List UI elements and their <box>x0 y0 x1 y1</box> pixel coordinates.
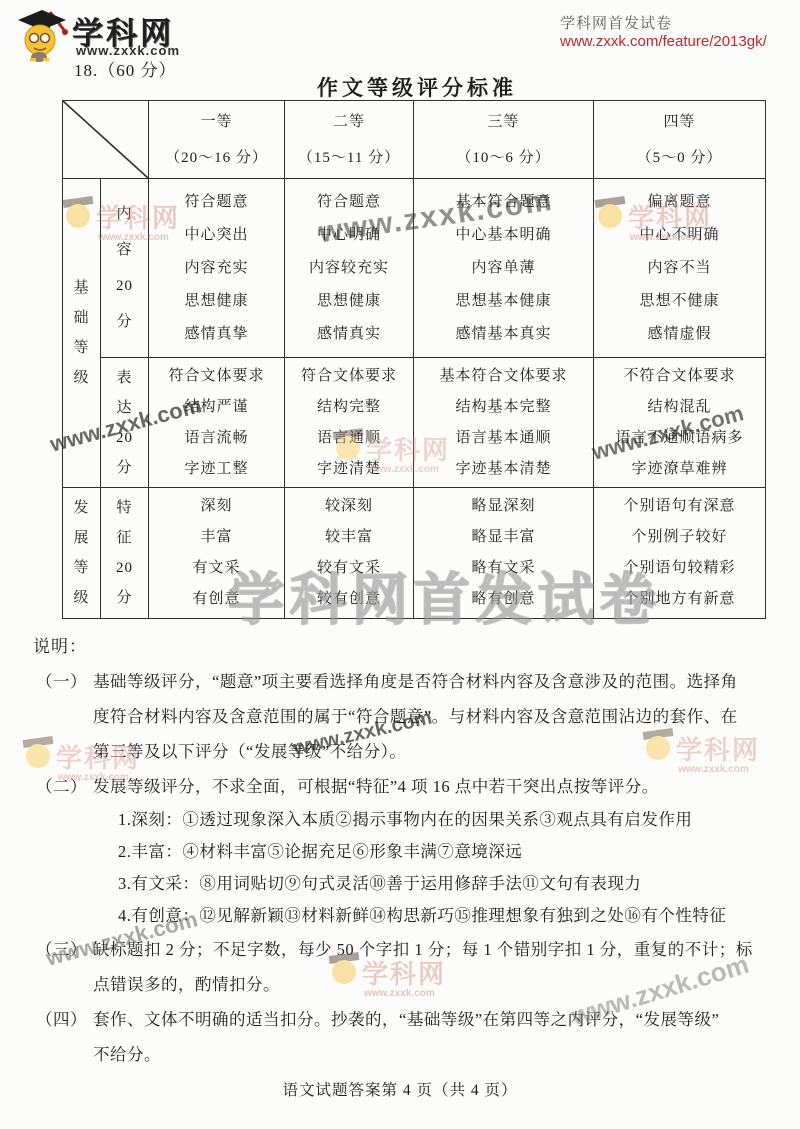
note-line: 套作、文体不明确的适当扣分。抄袭的，“基础等级”在第四等之内评分，“发展等级” <box>93 1002 772 1037</box>
row-group-development-level: 发 展 等 级 <box>63 488 101 619</box>
row-label-feature: 特 征 20 分 <box>101 488 149 619</box>
grading-rubric-table: 一等 （20～16 分） 二等 （15～11 分） 三等 （10～6 分） 四等… <box>62 100 766 619</box>
note-subitems: 1.深刻：①透过现象深入本质②揭示事物内在的因果关系③观点具有启发作用 2.丰富… <box>93 804 772 932</box>
page-title: 作文等级评分标准 <box>0 72 800 102</box>
cell-content-grade3: 基本符合题意 中心基本明确 内容单薄 思想基本健康 感情基本真实 <box>414 179 594 358</box>
cell-expression-grade3: 基本符合文体要求 结构基本完整 语言基本通顺 字迹基本清楚 <box>414 358 594 488</box>
row-group-basic-level: 基 础 等 级 <box>63 179 101 488</box>
note-subitem-creative: 4.有创意：⑫见解新颖⑬材料新鲜⑭构思新巧⑮推理想象有独到之处⑯有个性特征 <box>118 900 772 932</box>
notes-heading: 说明： <box>33 630 800 664</box>
note-line: 发展等级评分，不求全面，可根据“特征”4 项 16 点中若干突出点按等评分。 <box>93 769 772 804</box>
column-header-grade2: 二等 （15～11 分） <box>285 101 414 179</box>
mascot-logo-icon <box>12 4 74 62</box>
note-marker: （二） <box>36 769 87 804</box>
cell-feature-grade4: 个别语句有深意 个别例子较好 个别语句较精彩 个别地方有新意 <box>594 488 766 619</box>
note-line: 基础等级评分，“题意”项主要看选择角度是否符合材料内容及含意涉及的范围。选择角 <box>93 664 772 699</box>
note-line: 度符合材料内容及含意范围的属于“符合题意”。与材料内容及含意范围沾边的套作、在 <box>93 699 772 734</box>
note-marker: （四） <box>36 1002 87 1037</box>
note-item-1: （一） 基础等级评分，“题意”项主要看选择角度是否符合材料内容及含意涉及的范围。… <box>0 664 800 769</box>
note-item-3: （三） 缺标题扣 2 分；不足字数，每少 50 个字扣 1 分；每 1 个错别字… <box>0 932 800 1002</box>
cell-expression-grade1: 符合文体要求 结构严谨 语言流畅 字迹工整 <box>149 358 285 488</box>
note-marker: （一） <box>36 664 87 699</box>
row-label-content: 内 容 20 分 <box>101 179 149 358</box>
note-subitem-deep: 1.深刻：①透过现象深入本质②揭示事物内在的因果关系③观点具有启发作用 <box>118 804 772 836</box>
header-source-label: 学科网首发试卷 <box>560 12 672 33</box>
note-line: 不给分。 <box>93 1037 772 1072</box>
cell-feature-grade3: 略显深刻 略显丰富 略有文采 略有创意 <box>414 488 594 619</box>
cell-expression-grade2: 符合文体要求 结构完整 语言通顺 字迹清楚 <box>285 358 414 488</box>
note-subitem-rich: 2.丰富：④材料丰富⑤论据充足⑥形象丰满⑦意境深远 <box>118 836 772 868</box>
cell-expression-grade4: 不符合文体要求 结构混乱 语言不通顺语病多 字迹潦草难辨 <box>594 358 766 488</box>
note-item-2: （二） 发展等级评分，不求全面，可根据“特征”4 项 16 点中若干突出点按等评… <box>0 769 800 932</box>
cell-content-grade1: 符合题意 中心突出 内容充实 思想健康 感情真挚 <box>149 179 285 358</box>
note-line: 点错误多的，酌情扣分。 <box>93 967 772 1002</box>
cell-feature-grade2: 较深刻 较丰富 较有文采 较有创意 <box>285 488 414 619</box>
note-item-4: （四） 套作、文体不明确的适当扣分。抄袭的，“基础等级”在第四等之内评分，“发展… <box>0 1002 800 1072</box>
cell-feature-grade1: 深刻 丰富 有文采 有创意 <box>149 488 285 619</box>
note-marker: （三） <box>36 932 87 967</box>
column-header-grade3: 三等 （10～6 分） <box>414 101 594 179</box>
header-source-link: www.zxxk.com/feature/2013gk/ <box>560 33 767 50</box>
note-subitem-literary: 3.有文采：⑧用词贴切⑨句式灵活⑩善于运用修辞手法⑪文句有表现力 <box>118 868 772 900</box>
cell-content-grade4: 偏离题意 中心不明确 内容不当 思想不健康 感情虚假 <box>594 179 766 358</box>
column-header-grade1: 一等 （20～16 分） <box>149 101 285 179</box>
note-line: 第三等及以下评分（“发展等级”不给分）。 <box>93 734 772 769</box>
diagonal-line-icon <box>63 101 148 178</box>
page-footer: 语文试题答案第 4 页（共 4 页） <box>0 1078 800 1100</box>
diagonal-header-cell <box>63 101 149 179</box>
note-line: 缺标题扣 2 分；不足字数，每少 50 个字扣 1 分；每 1 个错别字扣 1 … <box>93 932 772 967</box>
notes-section: 说明： （一） 基础等级评分，“题意”项主要看选择角度是否符合材料内容及含意涉及… <box>0 630 800 1072</box>
cell-content-grade2: 符合题意 中心明确 内容较充实 思想健康 感情真实 <box>285 179 414 358</box>
row-label-expression: 表 达 20 分 <box>101 358 149 488</box>
column-header-grade4: 四等 （5～0 分） <box>594 101 766 179</box>
